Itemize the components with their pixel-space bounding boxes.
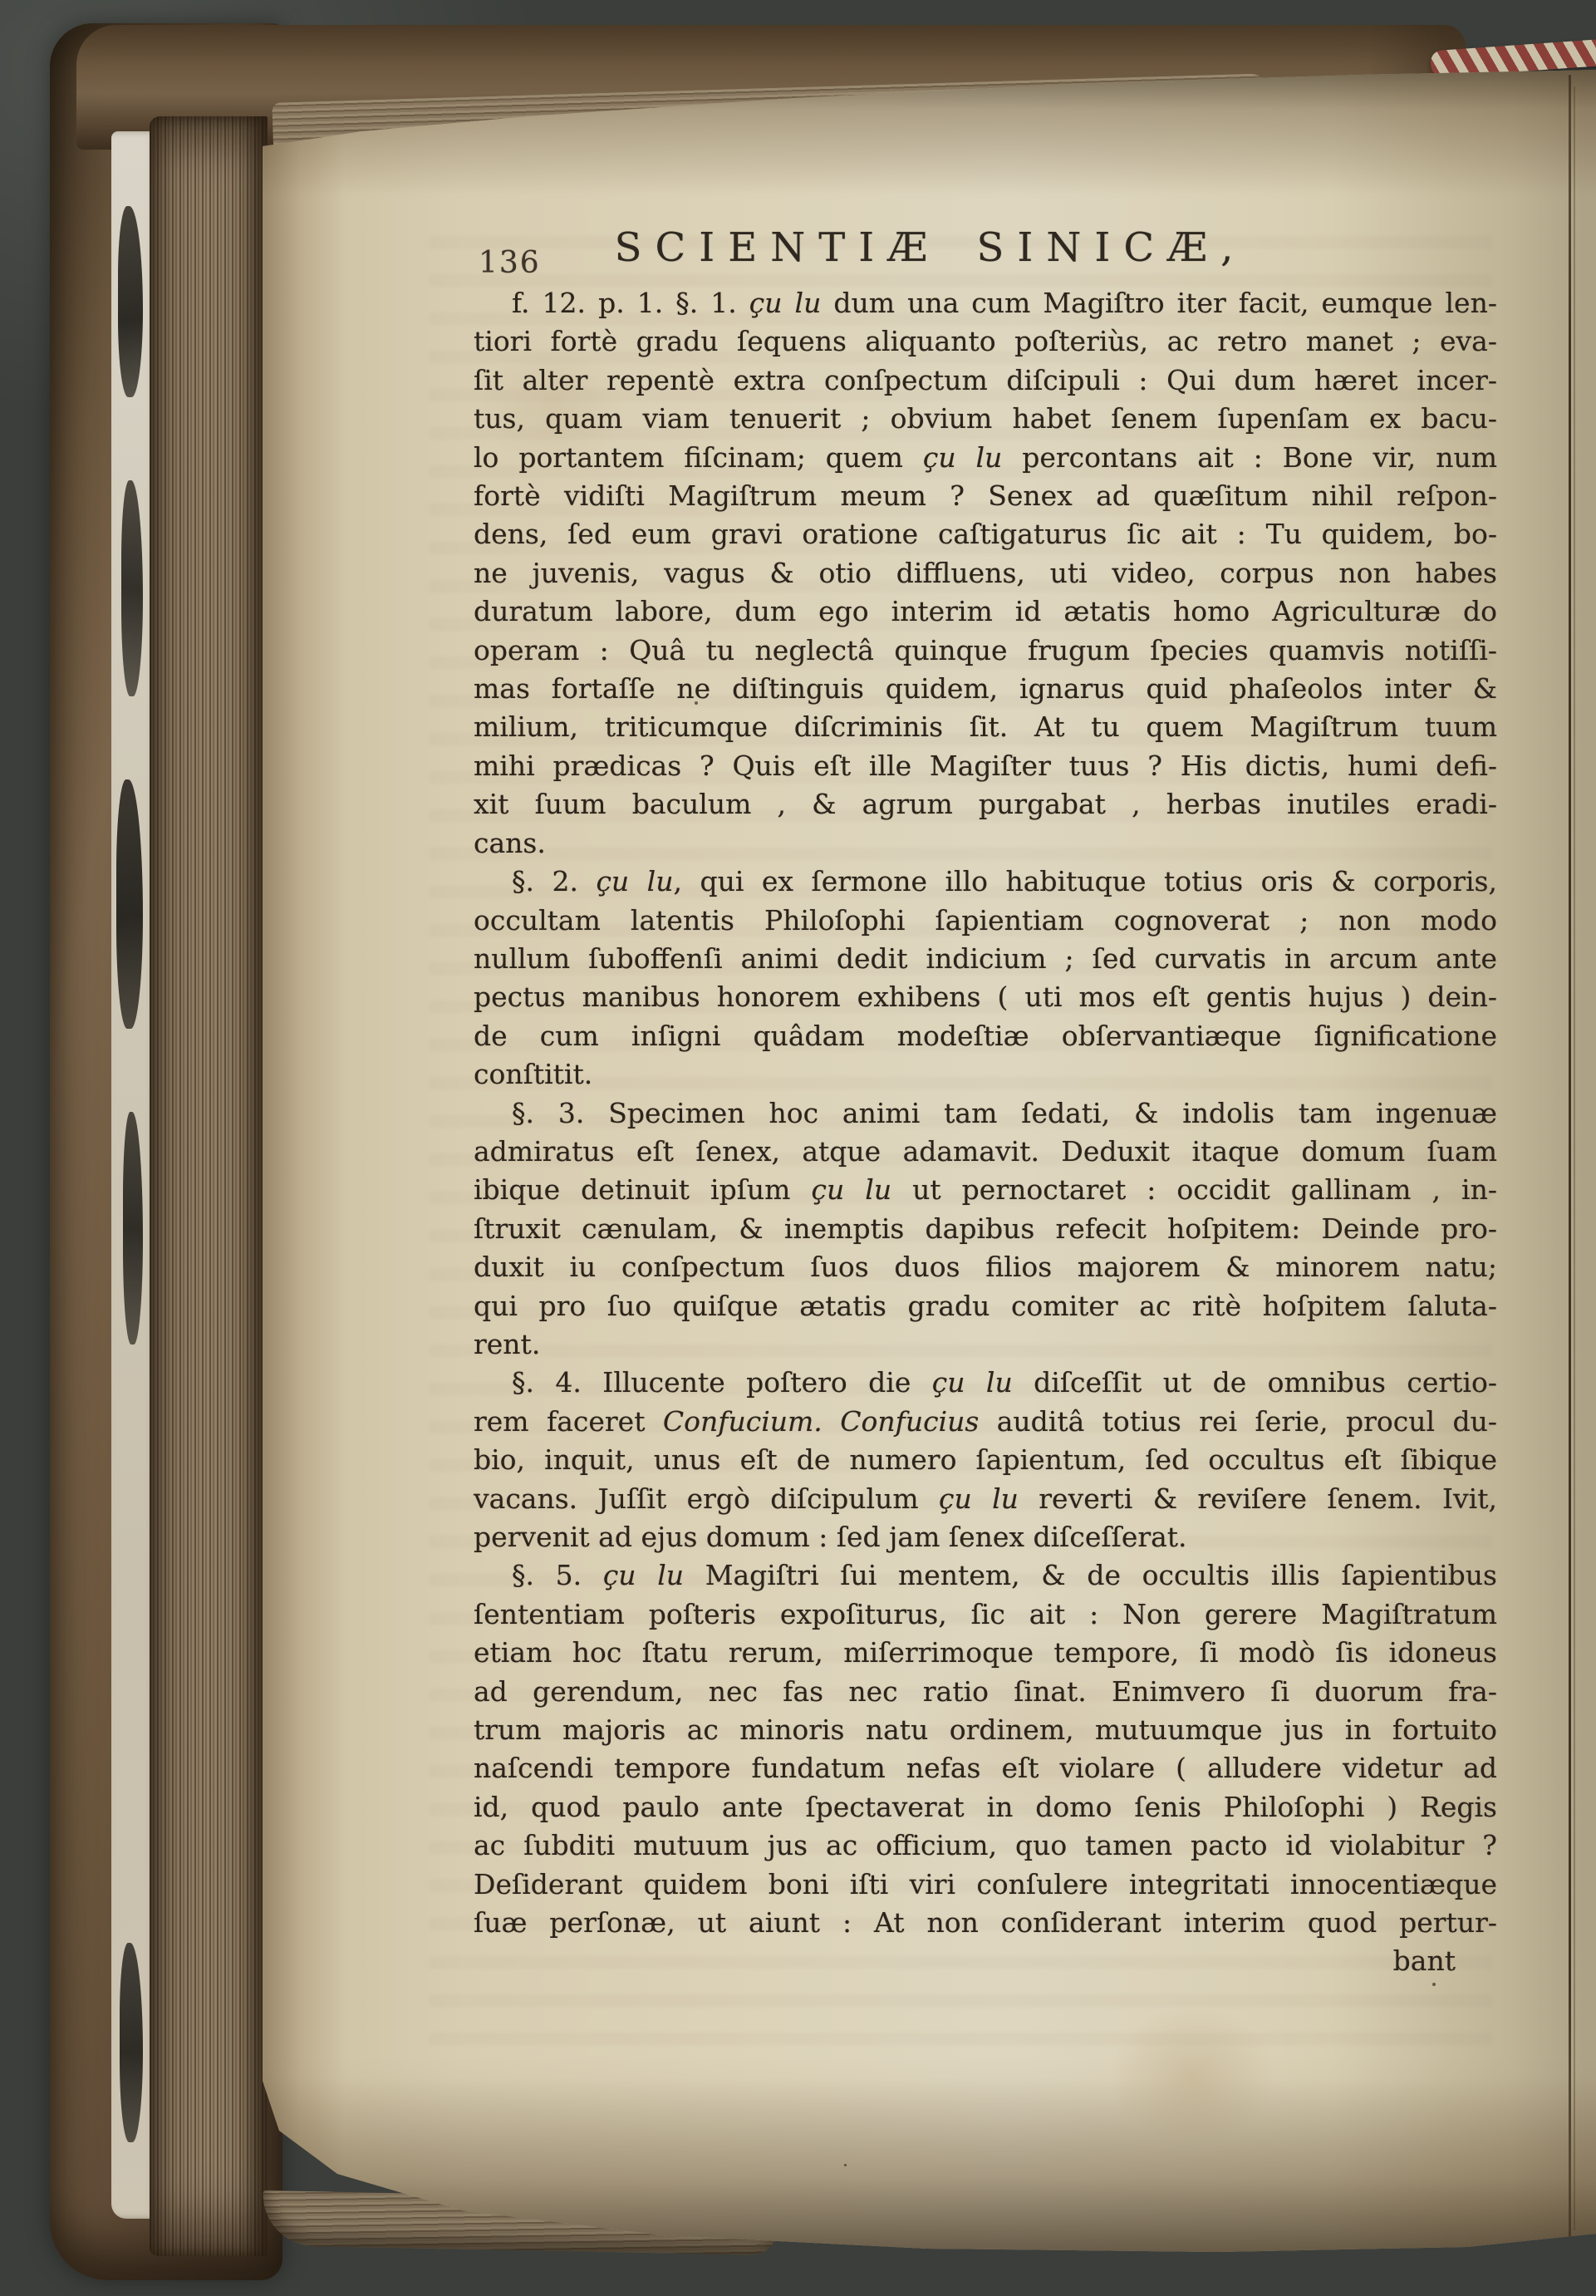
text-line: pectus manibus honorem exhibens ( uti mo… bbox=[474, 978, 1497, 1016]
text-line: qui pro ſuo quiſque ætatis gradu comiter… bbox=[474, 1287, 1497, 1325]
text-line: ad gerendum, nec fas nec ratio ſinat. En… bbox=[474, 1673, 1497, 1711]
text-line: tus, quam viam tenuerit ; obvium habet ſ… bbox=[474, 400, 1497, 438]
text-line: ne juvenis, vagus & otio diffluens, uti … bbox=[474, 554, 1497, 592]
text-line: tiori fortè gradu ſequens aliquanto poſt… bbox=[474, 322, 1497, 361]
page-text-layer: 136 SCIENTIÆ SINICÆ, f. 12. p. 1. §. 1. … bbox=[0, 0, 1596, 2296]
text-line: duxit iu conſpectum ſuos duos filios maj… bbox=[474, 1248, 1497, 1286]
text-line: nullum ſuboffenſi animi dedit indicium ;… bbox=[474, 940, 1497, 978]
running-title: SCIENTIÆ SINICÆ, bbox=[594, 224, 1267, 271]
text-line: ac ſubditi mutuum jus ac officium, quo t… bbox=[474, 1826, 1497, 1865]
text-line: occultam latentis Philoſophi ſapientiam … bbox=[474, 902, 1497, 940]
text-line: vacans. Juſſit ergò diſcipulum çu lu rev… bbox=[474, 1480, 1497, 1518]
paragraph: §. 2. çu lu, qui ex ſermone illo habituq… bbox=[474, 863, 1497, 1094]
text-block: f. 12. p. 1. §. 1. çu lu dum una cum Mag… bbox=[474, 284, 1497, 1942]
text-line: §. 2. çu lu, qui ex ſermone illo habituq… bbox=[474, 863, 1497, 901]
text-line: xit ſuum baculum , & agrum purgabat , he… bbox=[474, 785, 1497, 824]
text-line: mas fortaſſe ne diſtinguis quidem, ignar… bbox=[474, 670, 1497, 708]
page-number: 136 bbox=[479, 246, 541, 280]
text-line: cans. bbox=[474, 824, 1497, 863]
text-line: Deſiderant quidem boni iſti viri conſule… bbox=[474, 1866, 1497, 1904]
text-line: id, quod paulo ante ſpectaverat in domo … bbox=[474, 1788, 1497, 1826]
text-line: ſit alter repentè extra conſpectum diſci… bbox=[474, 361, 1497, 400]
text-line: naſcendi tempore fundatum nefas eſt viol… bbox=[474, 1749, 1497, 1787]
text-line: §. 5. çu lu Magiſtri ſui mentem, & de oc… bbox=[474, 1556, 1497, 1595]
paragraph: §. 3. Specimen hoc animi tam ſedati, & i… bbox=[474, 1094, 1497, 1364]
text-line: rent. bbox=[474, 1325, 1497, 1364]
text-line: operam : Quâ tu neglectâ quinque frugum … bbox=[474, 632, 1497, 670]
text-line: f. 12. p. 1. §. 1. çu lu dum una cum Mag… bbox=[474, 284, 1497, 322]
text-line: etiam hoc ſtatu rerum, miſerrimoque temp… bbox=[474, 1634, 1497, 1672]
text-line: admiratus eſt ſenex, atque adamavit. Ded… bbox=[474, 1133, 1497, 1171]
text-line: pervenit ad ejus domum : ſed jam ſenex d… bbox=[474, 1518, 1497, 1556]
text-line: ſententiam poſteris expoſiturus, ſic ait… bbox=[474, 1595, 1497, 1634]
text-line: lo portantem fiſcinam; quem çu lu percon… bbox=[474, 439, 1497, 477]
paragraph: §. 5. çu lu Magiſtri ſui mentem, & de oc… bbox=[474, 1556, 1497, 1942]
text-line: dens, ſed eum gravi oratione caſtigaturu… bbox=[474, 515, 1497, 553]
text-line: §. 3. Specimen hoc animi tam ſedati, & i… bbox=[474, 1094, 1497, 1133]
paragraph: f. 12. p. 1. §. 1. çu lu dum una cum Mag… bbox=[474, 284, 1497, 863]
text-line: rem faceret Confucium. Confucius auditâ … bbox=[474, 1403, 1497, 1441]
text-line: fortè vidiſti Magiſtrum meum ? Senex ad … bbox=[474, 477, 1497, 515]
text-line: mihi prædicas ? Quis eſt ille Magiſter t… bbox=[474, 747, 1497, 785]
text-line: bio, inquit, unus eſt de numero ſapientu… bbox=[474, 1441, 1497, 1479]
book-photo-scene: 136 SCIENTIÆ SINICÆ, f. 12. p. 1. §. 1. … bbox=[0, 0, 1596, 2296]
text-line: ibique detinuit ipſum çu lu ut pernoctar… bbox=[474, 1171, 1497, 1209]
text-line: duratum labore, dum ego interim id ætati… bbox=[474, 592, 1497, 631]
paragraph: §. 4. Illucente poſtero die çu lu diſceſ… bbox=[474, 1364, 1497, 1556]
text-line: §. 4. Illucente poſtero die çu lu diſceſ… bbox=[474, 1364, 1497, 1402]
text-line: ſtruxit cænulam, & inemptis dapibus refe… bbox=[474, 1210, 1497, 1248]
text-line: de cum inſigni quâdam modeſtiæ obſervant… bbox=[474, 1017, 1497, 1055]
catchword: bant bbox=[474, 1942, 1497, 1980]
text-line: milium, triticumque diſcriminis ſit. At … bbox=[474, 708, 1497, 746]
text-line: ſuæ perſonæ, ut aiunt : At non conſidera… bbox=[474, 1904, 1497, 1942]
text-line: trum majoris ac minoris natu ordinem, mu… bbox=[474, 1711, 1497, 1749]
text-line: conſtitit. bbox=[474, 1055, 1497, 1094]
